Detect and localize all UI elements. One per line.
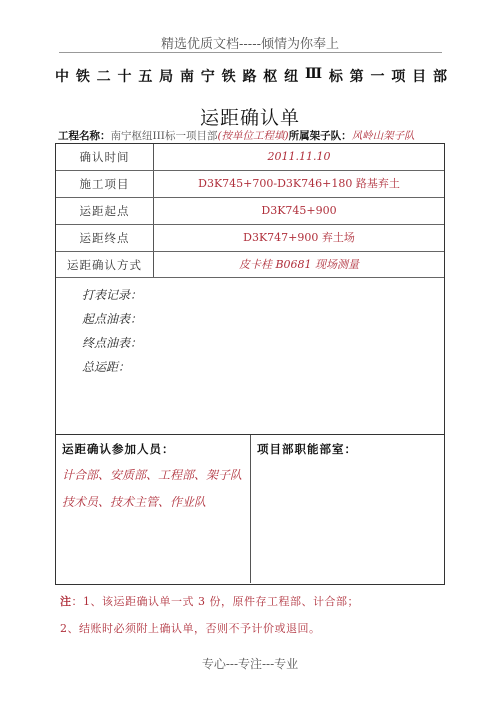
note-prefix: 注	[60, 595, 72, 608]
meter-record-section: 打表记录： 起点油表： 终点油表： 总运距：	[56, 278, 444, 435]
participants-line-2: 技术员、技术主管、作业队	[62, 493, 250, 510]
field-value: D3K745+700-D3K746+180 路基弃土	[154, 171, 444, 197]
meter-record-label: 打表记录：	[82, 286, 142, 303]
departments-label: 项目部职能部室：	[257, 441, 444, 457]
org-char: 宁	[201, 66, 215, 86]
project-name-label: 工程名称：	[58, 130, 111, 142]
note-line-2: 2、结账时必须附上确认单，否则不予计价或退回。	[60, 620, 321, 636]
field-label: 施工项目	[56, 171, 154, 197]
org-char: 南	[180, 66, 194, 86]
total-distance-label: 总运距：	[82, 358, 130, 375]
org-char: 第	[350, 66, 364, 86]
org-char: 二	[97, 66, 111, 86]
note-text-1: ：1、该运距确认单一式 3 份，原件存工程部、计合部；	[72, 595, 360, 608]
departments-cell: 项目部职能部室：	[251, 435, 444, 583]
org-char: Ⅲ	[305, 66, 322, 86]
org-char: 一	[370, 66, 384, 86]
org-char: 铁	[76, 66, 90, 86]
org-char: 项	[391, 66, 405, 86]
org-char: 十	[117, 66, 131, 86]
page-header: 精选优质文档-----倾情为你奉上	[0, 33, 500, 52]
field-row-construction-item: 施工项目 D3K745+700-D3K746+180 路基弃土	[56, 171, 444, 198]
start-meter-label: 起点油表：	[82, 310, 142, 327]
org-char: 部	[433, 66, 447, 86]
team-value: 风岭山架子队	[352, 130, 415, 142]
page-footer: 专心---专注---专业	[0, 655, 500, 672]
field-row-confirm-time: 确认时间 2011.11.10	[56, 144, 444, 171]
signoff-section: 运距确认参加人员： 计合部、安质部、工程部、架子队 技术员、技术主管、作业队 项…	[56, 435, 444, 583]
header-divider	[59, 52, 442, 53]
field-row-start-point: 运距起点 D3K745+900	[56, 198, 444, 225]
org-char: 中	[55, 66, 69, 86]
organization-name: 中 铁 二 十 五 局 南 宁 铁 路 枢 纽 Ⅲ 标 第 一 项 目 部	[55, 66, 447, 86]
participants-cell: 运距确认参加人员： 计合部、安质部、工程部、架子队 技术员、技术主管、作业队	[56, 435, 251, 583]
org-char: 枢	[263, 66, 277, 86]
end-meter-label: 终点油表：	[82, 334, 142, 351]
field-value: 皮卡桂 B0681 现场测量	[154, 252, 444, 277]
field-value: 2011.11.10	[154, 144, 444, 170]
field-row-end-point: 运距终点 D3K747+900 弃土场	[56, 225, 444, 252]
form-title: 运距确认单	[0, 103, 500, 130]
note-line-1: 注：1、该运距确认单一式 3 份，原件存工程部、计合部；	[60, 593, 359, 609]
field-value: D3K747+900 弃土场	[154, 225, 444, 251]
participants-line-1: 计合部、安质部、工程部、架子队	[62, 466, 250, 483]
participants-label: 运距确认参加人员：	[62, 441, 250, 457]
org-char: 纽	[284, 66, 298, 86]
org-char: 局	[159, 66, 173, 86]
org-char: 铁	[222, 66, 236, 86]
field-label: 运距确认方式	[56, 252, 154, 277]
field-label: 运距终点	[56, 225, 154, 251]
project-name-hint: (按单位工程填)	[217, 130, 288, 142]
field-row-method: 运距确认方式 皮卡桂 B0681 现场测量	[56, 252, 444, 278]
org-char: 五	[138, 66, 152, 86]
confirmation-table: 确认时间 2011.11.10 施工项目 D3K745+700-D3K746+1…	[55, 143, 445, 585]
org-char: 标	[329, 66, 343, 86]
field-value: D3K745+900	[154, 198, 444, 224]
field-label: 确认时间	[56, 144, 154, 170]
org-char: 目	[412, 66, 426, 86]
project-line: 工程名称：南宁枢纽III标一项目部(按单位工程填)所属架子队：风岭山架子队	[58, 128, 415, 143]
org-char: 路	[242, 66, 256, 86]
field-label: 运距起点	[56, 198, 154, 224]
project-name-value: 南宁枢纽III标一项目部	[111, 130, 218, 142]
team-label: 所属架子队：	[289, 130, 352, 142]
